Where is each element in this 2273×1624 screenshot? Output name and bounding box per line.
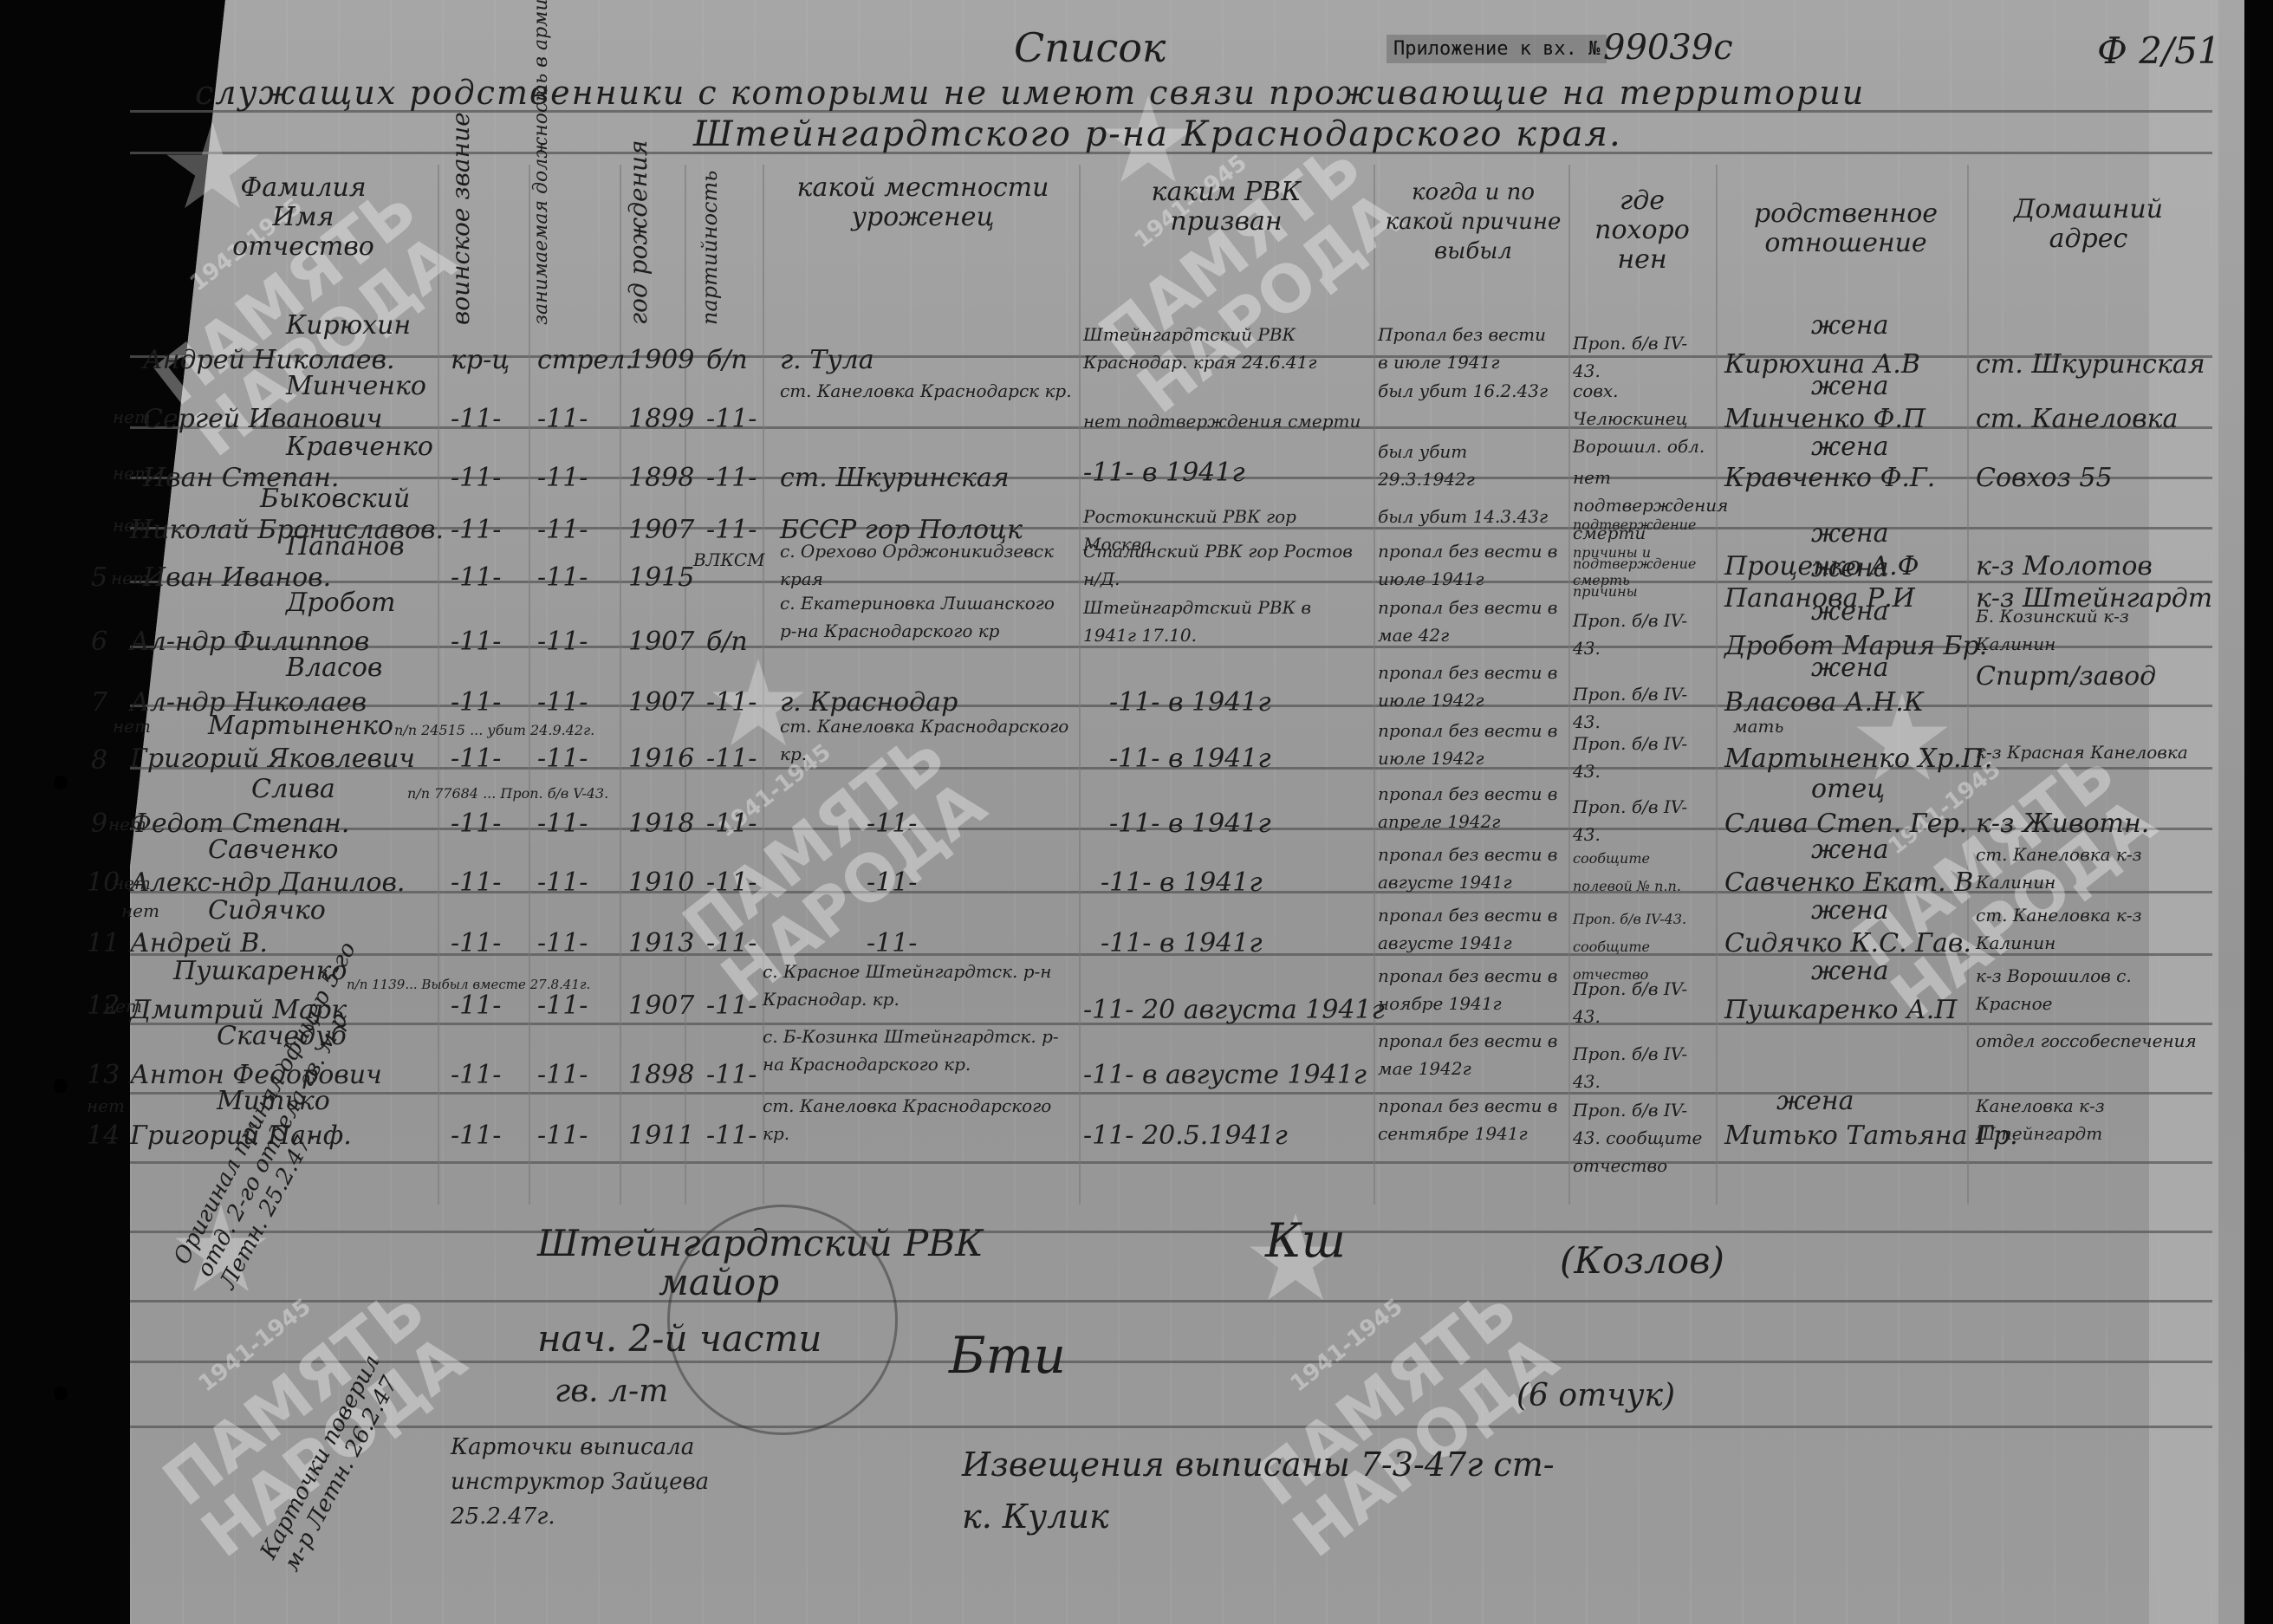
signature-organization: Штейнгардтский РВК (537, 1222, 984, 1264)
party: -11- (706, 464, 757, 492)
given-name: Алекс-ндр Данилов. (130, 869, 405, 897)
birth-year: 1899 (628, 406, 694, 433)
relation: отец (1811, 776, 1885, 803)
relation: жена (1811, 373, 1889, 400)
position: -11- (537, 464, 588, 492)
birthplace: -11- (867, 869, 917, 897)
column-divider (1374, 165, 1375, 1205)
column-divider (1716, 165, 1718, 1205)
surname: Папанов (286, 533, 405, 561)
surname: Быковский (260, 485, 410, 513)
annotation: п/п 24515 ... убит 24.9.42г. (394, 717, 594, 744)
heading-line-1: служащих родственники с которыми не имею… (195, 74, 1865, 112)
relation: жена (1811, 836, 1889, 864)
surname: Слива (251, 776, 335, 803)
party: -11- (706, 810, 757, 838)
when-how: был убит 14.3.43г (1378, 503, 1560, 530)
rank: -11- (451, 464, 501, 492)
column-header-relation: родственное отношение (1724, 199, 1967, 258)
birth-year: 1907 (628, 628, 694, 656)
when-how: пропал без вести в августе 1941г (1378, 901, 1560, 957)
address: Спирт/завод (1976, 663, 2156, 691)
address: ст. Канеловка к-з Калинин (1976, 841, 2201, 896)
document-number: 99039с (1603, 28, 1733, 68)
address: Совхоз 55 (1976, 464, 2113, 492)
relative: Сидячко К.С. Гав. (1724, 930, 1971, 958)
buried: подтверждение причины (1573, 550, 1711, 606)
birth-year: 1918 (628, 810, 694, 838)
ruled-line (130, 1426, 2212, 1428)
party: ВЛКСМ (693, 546, 765, 574)
surname: Минченко (286, 373, 426, 400)
position: -11- (537, 810, 588, 838)
row-number: 11 (87, 930, 120, 958)
birth-year: 1898 (628, 1062, 694, 1089)
position: -11- (537, 628, 588, 656)
relative: Минченко Ф.П (1724, 406, 1926, 433)
surname: Сидячко (208, 897, 326, 925)
rank: -11- (451, 564, 501, 592)
party: -11- (706, 869, 757, 897)
birth-year: 1907 (628, 992, 694, 1020)
position: -11- (537, 992, 588, 1020)
row-number: 9 (91, 810, 107, 838)
rank: -11- (451, 992, 501, 1020)
rvk: -11- 20 августа 1941г (1083, 997, 1385, 1024)
rvk: -11- в 1941г (1109, 745, 1271, 773)
rank: -11- (451, 930, 501, 958)
birthplace: с. Орехово Орджоникидзевск края (780, 537, 1075, 593)
position: -11- (537, 930, 588, 958)
buried: Проп. б/в IV-43. (1573, 730, 1711, 785)
position: -11- (537, 564, 588, 592)
when-how: пропал без вести в ноябре 1941г (1378, 962, 1560, 1017)
column-header-when-how: когда и по какой причине выбыл (1378, 178, 1568, 266)
chief-rank: гв. л-т (555, 1374, 668, 1409)
ruled-line (130, 1300, 2212, 1302)
signature-rank: майор (659, 1261, 779, 1303)
party: -11- (706, 992, 757, 1020)
position: -11- (537, 1122, 588, 1150)
chief-title: нач. 2-й части (537, 1317, 822, 1360)
relation: жена (1811, 555, 1889, 582)
when-how: пропал без вести в июле 1942г (1378, 717, 1560, 772)
address: ст. Канеловка к-з Калинин (1976, 901, 2201, 957)
buried: Проп. б/в IV-43. сообщите отчество (1573, 1096, 1711, 1179)
given-name: Григорий Яковлевич (130, 745, 415, 773)
column-divider (1967, 165, 1969, 1205)
surname: Мартыненко (208, 712, 393, 740)
notices-issued-note: Извещения выписаны 7-3-47г ст-к. Кулик (962, 1439, 1568, 1543)
address: к-з Красная Канеловка (1976, 738, 2201, 766)
birth-year: 1907 (628, 516, 694, 544)
relation: жена (1811, 654, 1889, 682)
party: -11- (706, 930, 757, 958)
birthplace: ст. Канеловка Краснодарского кр. (763, 1092, 1075, 1147)
given-name: Сергей Иванович (143, 406, 382, 433)
birth-year: 1916 (628, 745, 694, 773)
archive-stamp: Приложение к вх. № (1387, 35, 1607, 63)
address: к-з Ворошилов с. Красное (1976, 962, 2201, 1017)
document-title: Список (1014, 24, 1166, 71)
when-how: пропал без вести в сентябре 1941г (1378, 1092, 1560, 1147)
rank: -11- (451, 810, 501, 838)
birthplace: с. Екатериновка Лишанского р-на Краснода… (780, 589, 1075, 645)
birthplace: ст. Шкуринская (780, 464, 1010, 492)
relative: Савченко Екат. В (1724, 869, 1973, 897)
when-how: пропал без вести в мае 42г (1378, 594, 1560, 649)
column-header-party: партийность (698, 178, 722, 325)
birth-year: 1915 (628, 564, 694, 592)
rvk: -11- в августе 1941г (1083, 1062, 1367, 1089)
rank: -11- (451, 516, 501, 544)
punch-hole (54, 776, 68, 789)
when-how: был убит 16.2.43г (1378, 377, 1560, 405)
cards-issued-note: Карточки выписала инструктор Зайцева 25.… (451, 1430, 763, 1534)
position: -11- (537, 406, 588, 433)
rvk: -11- в 1941г (1083, 459, 1245, 487)
address: ст. Канеловка (1976, 406, 2178, 433)
relation: жена (1811, 897, 1889, 925)
birth-year: 1913 (628, 930, 694, 958)
birthplace: г. Тула (780, 347, 874, 374)
relation: жена (1811, 958, 1889, 985)
rank: -11- (451, 406, 501, 433)
relation: жена (1811, 598, 1889, 626)
margin-note: нет (87, 1092, 125, 1120)
buried: совх. Челюскинец Ворошил. обл. (1573, 377, 1711, 460)
column-header-rank: воинское звание (446, 178, 475, 325)
address: Канеловка к-з Штейнгардт (1976, 1092, 2201, 1147)
relative: Мартыненко Хр.П. (1724, 745, 1992, 773)
ruled-line (130, 1161, 2212, 1164)
birth-year: 1898 (628, 464, 694, 492)
birthplace: с. Красное Штейнгардтск. р-н Краснодар. … (763, 958, 1075, 1013)
punch-hole (54, 1079, 68, 1093)
ruled-line (130, 1231, 2212, 1233)
given-name: Андрей В. (130, 930, 268, 958)
birthplace: с. Б-Козинка Штейнгардтск. р-на Краснода… (763, 1023, 1075, 1078)
position: -11- (537, 516, 588, 544)
buried: Проп. б/в IV-43. (1573, 607, 1711, 662)
rvk: -11- в 1941г (1101, 930, 1263, 958)
rank: -11- (451, 1122, 501, 1150)
when-how: был убит 29.3.1942г (1378, 438, 1560, 493)
birth-year: 1910 (628, 869, 694, 897)
relative: Митько Татьяна Гр. (1724, 1122, 2018, 1150)
row-number: 5 (91, 564, 107, 592)
relation: жена (1811, 312, 1889, 340)
column-header-address: Домашний адрес (1976, 195, 2201, 254)
rvk: -11- в 1941г (1101, 869, 1263, 897)
buried: Проп. б/в IV-43. (1573, 680, 1711, 736)
when-how: пропал без вести в июле 1942г (1378, 659, 1560, 714)
birthplace: -11- (867, 810, 917, 838)
column-divider (1079, 165, 1081, 1205)
party: -11- (706, 516, 757, 544)
surname: Кравченко (286, 433, 433, 461)
surname: Савченко (208, 836, 338, 864)
when-how: пропал без вести в августе 1941г (1378, 841, 1560, 896)
column-header-rvk: каким РВК призван (1088, 178, 1365, 237)
party: б/п (706, 347, 748, 374)
handwritten-signature: Кш (1265, 1213, 1346, 1268)
count-note: (6 отчук) (1516, 1378, 1675, 1413)
rank: -11- (451, 869, 501, 897)
handwritten-signature: Бти (949, 1326, 1066, 1385)
margin-note: нет (113, 712, 151, 740)
relative: Пушкаренко А.П (1724, 997, 1957, 1024)
column-divider (438, 165, 439, 1205)
relation: мать (1733, 712, 1783, 740)
address: Б. Козинский к-з Калинин (1976, 602, 2201, 658)
address: ст. Шкуринская (1976, 351, 2205, 379)
party: -11- (706, 1122, 757, 1150)
position: -11- (537, 869, 588, 897)
rvk: Сталинский РВК гор Ростов н/Д. (1083, 537, 1369, 593)
party: -11- (706, 745, 757, 773)
margin-note: нет (121, 897, 159, 925)
address: отдел госсобеспечения (1976, 1027, 2201, 1055)
party: б/п (706, 628, 748, 656)
rvk: нет подтверждения смерти (1083, 407, 1361, 435)
birthplace: ст. Канеловка Краснодарского кр. (780, 712, 1075, 768)
address: к-з Молотов (1976, 553, 2153, 581)
rank: -11- (451, 1062, 501, 1089)
rvk: -11- 20.5.1941г (1083, 1122, 1288, 1150)
row-number: 8 (91, 747, 107, 775)
relative: Кравченко Ф.Г. (1724, 464, 1935, 492)
ruled-line (130, 1092, 2212, 1095)
rank: -11- (451, 689, 501, 717)
rank: кр-ц (451, 347, 510, 374)
fond-mark: Ф 2/51 (2097, 29, 2221, 72)
rank: -11- (451, 745, 501, 773)
rvk: -11- в 1941г (1109, 689, 1271, 717)
row-number: 13 (87, 1062, 120, 1089)
punch-hole (54, 1387, 68, 1400)
address: к-з Животн. (1976, 810, 2149, 838)
rvk: -11- в 1941г (1109, 810, 1271, 838)
column-header-name: Фамилия Имя отчество (191, 173, 416, 262)
rvk: Штейнгардтский РВК в 1941г 17.10. (1083, 594, 1369, 649)
relation: жена (1776, 1088, 1854, 1115)
buried: Проп. б/в IV-43. (1573, 975, 1711, 1030)
surname: Кирюхин (286, 312, 411, 340)
birth-year: 1907 (628, 689, 694, 717)
column-divider (620, 165, 621, 1205)
buried: сообщите полевой № п.п. (1573, 845, 1711, 900)
surname: Власов (286, 654, 382, 682)
column-header-position: занимаемая должность в армии (530, 178, 552, 325)
row-number: 6 (91, 628, 107, 656)
column-header-birthplace: какой местности уроженец (771, 173, 1075, 232)
row-number: 14 (87, 1122, 120, 1150)
birthplace: ст. Канеловка Краснодарск кр. (780, 377, 1075, 405)
birthplace: -11- (867, 930, 917, 958)
when-how: пропал без вести в июле 1941г (1378, 537, 1560, 593)
annotation: п/п 77684 ... Проп. б/в V-43. (407, 780, 608, 808)
column-divider (685, 165, 686, 1205)
rvk: Штейнгардтский РВК Краснодар. края 24.6.… (1083, 321, 1369, 376)
birth-year: 1911 (628, 1122, 694, 1150)
party: -11- (706, 1062, 757, 1089)
position: -11- (537, 689, 588, 717)
column-header-buried: где похоро нен (1573, 186, 1711, 275)
buried: Проп. б/в IV-43. (1573, 1040, 1711, 1095)
row-number: 7 (91, 689, 107, 717)
relation: жена (1811, 433, 1889, 461)
party: -11- (706, 406, 757, 433)
signature-name: (Козлов) (1560, 1239, 1724, 1282)
when-how: пропал без вести в мае 1942г (1378, 1027, 1560, 1082)
position: -11- (537, 1062, 588, 1089)
position: -11- (537, 745, 588, 773)
buried: Проп. б/в IV-43. (1573, 793, 1711, 848)
birth-year: 1909 (628, 347, 694, 374)
heading-line-2: Штейнгардтского р-на Краснодарского края… (693, 114, 1622, 154)
surname: Дробот (286, 589, 395, 617)
when-how: пропал без вести в апреле 1942г (1378, 780, 1560, 835)
column-header-birth-year: год рождения (624, 178, 653, 325)
column-divider (1568, 165, 1570, 1205)
party: -11- (706, 689, 757, 717)
rank: -11- (451, 628, 501, 656)
relation: жена (1811, 520, 1889, 548)
position: стрел. (537, 347, 633, 374)
when-how: Пропал без вести в июле 1941г (1378, 321, 1560, 376)
